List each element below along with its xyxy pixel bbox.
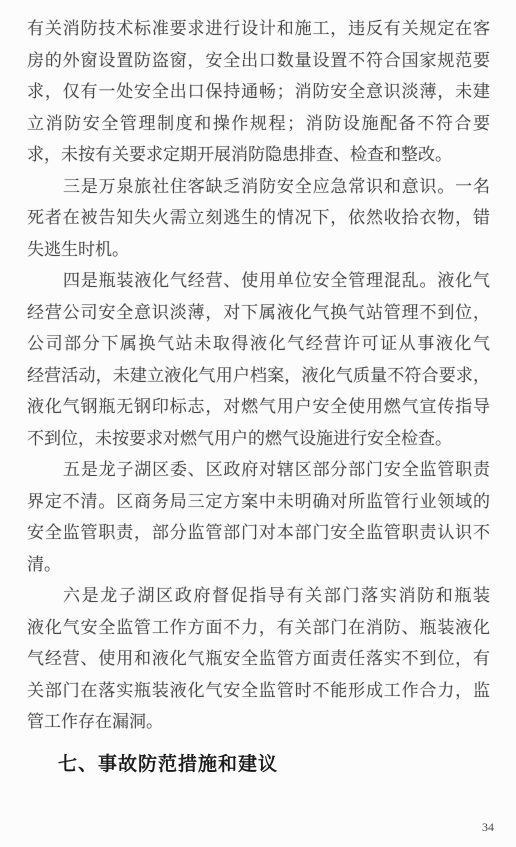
section-heading: 七、事故防范措施和建议	[27, 749, 490, 781]
paragraph: 有关消防技术标准要求进行设计和施工，违反有关规定在客房的外窗设置防盗窗，安全出口…	[27, 13, 490, 171]
text-line: 三是万泉旅社住客缺乏消防安全应急常识和意识。一名	[27, 171, 490, 203]
text-line: 五是龙子湖区委、区政府对辖区部分部门安全监管职责	[27, 454, 490, 486]
paragraph: 五是龙子湖区委、区政府对辖区部分部门安全监管职责界定不清。区商务局三定方案中未明…	[27, 454, 490, 580]
text-line: 气经营、使用和液化气瓶安全监管方面责任落实不到位，有	[27, 643, 490, 675]
text-line: 求，仅有一处安全出口保持通畅；消防安全意识淡薄，未建	[27, 76, 490, 108]
text-line: 关部门在落实瓶装液化气安全监管时不能形成工作合力，监	[27, 675, 490, 707]
paragraph: 六是龙子湖区政府督促指导有关部门落实消防和瓶装液化气安全监管工作方面不力，有关部…	[27, 580, 490, 738]
text-line: 经营活动，未建立液化气用户档案，液化气质量不符合要求，	[27, 360, 490, 392]
section-heading-text: 七、事故防范措施和建议	[27, 749, 490, 781]
text-line: 管工作存在漏洞。	[27, 706, 490, 738]
text-line: 经营公司安全意识淡薄，对下属液化气换气站管理不到位，	[27, 297, 490, 329]
text-line: 液化气安全监管工作方面不力，有关部门在消防、瓶装液化	[27, 612, 490, 644]
document-body: 有关消防技术标准要求进行设计和施工，违反有关规定在客房的外窗设置防盗窗，安全出口…	[27, 13, 490, 780]
text-line: 安全监管职责，部分监管部门对本部门安全监管职责认识不	[27, 517, 490, 549]
text-line: 房的外窗设置防盗窗，安全出口数量设置不符合国家规范要	[27, 45, 490, 77]
text-line: 不到位，未按要求对燃气用户的燃气设施进行安全检查。	[27, 423, 490, 455]
paragraph: 四是瓶装液化气经营、使用单位安全管理混乱。液化气经营公司安全意识淡薄，对下属液化…	[27, 265, 490, 454]
text-line: 四是瓶装液化气经营、使用单位安全管理混乱。液化气	[27, 265, 490, 297]
paragraph: 三是万泉旅社住客缺乏消防安全应急常识和意识。一名死者在被告知失火需立刻逃生的情况…	[27, 171, 490, 266]
document-page: 有关消防技术标准要求进行设计和施工，违反有关规定在客房的外窗设置防盗窗，安全出口…	[0, 0, 516, 847]
text-line: 死者在被告知失火需立刻逃生的情况下，依然收拾衣物，错	[27, 202, 490, 234]
text-line: 求，未按有关要求定期开展消防隐患排查、检查和整改。	[27, 139, 490, 171]
text-line: 有关消防技术标准要求进行设计和施工，违反有关规定在客	[27, 13, 490, 45]
page-number: 34	[482, 820, 494, 835]
text-line: 界定不清。区商务局三定方案中未明确对所监管行业领域的	[27, 486, 490, 518]
text-line: 失逃生时机。	[27, 234, 490, 266]
text-line: 液化气钢瓶无钢印标志，对燃气用户安全使用燃气宣传指导	[27, 391, 490, 423]
text-line: 公司部分下属换气站未取得液化气经营许可证从事液化气	[27, 328, 490, 360]
text-line: 立消防安全管理制度和操作规程；消防设施配备不符合要	[27, 108, 490, 140]
text-line: 六是龙子湖区政府督促指导有关部门落实消防和瓶装	[27, 580, 490, 612]
text-line: 清。	[27, 549, 490, 581]
